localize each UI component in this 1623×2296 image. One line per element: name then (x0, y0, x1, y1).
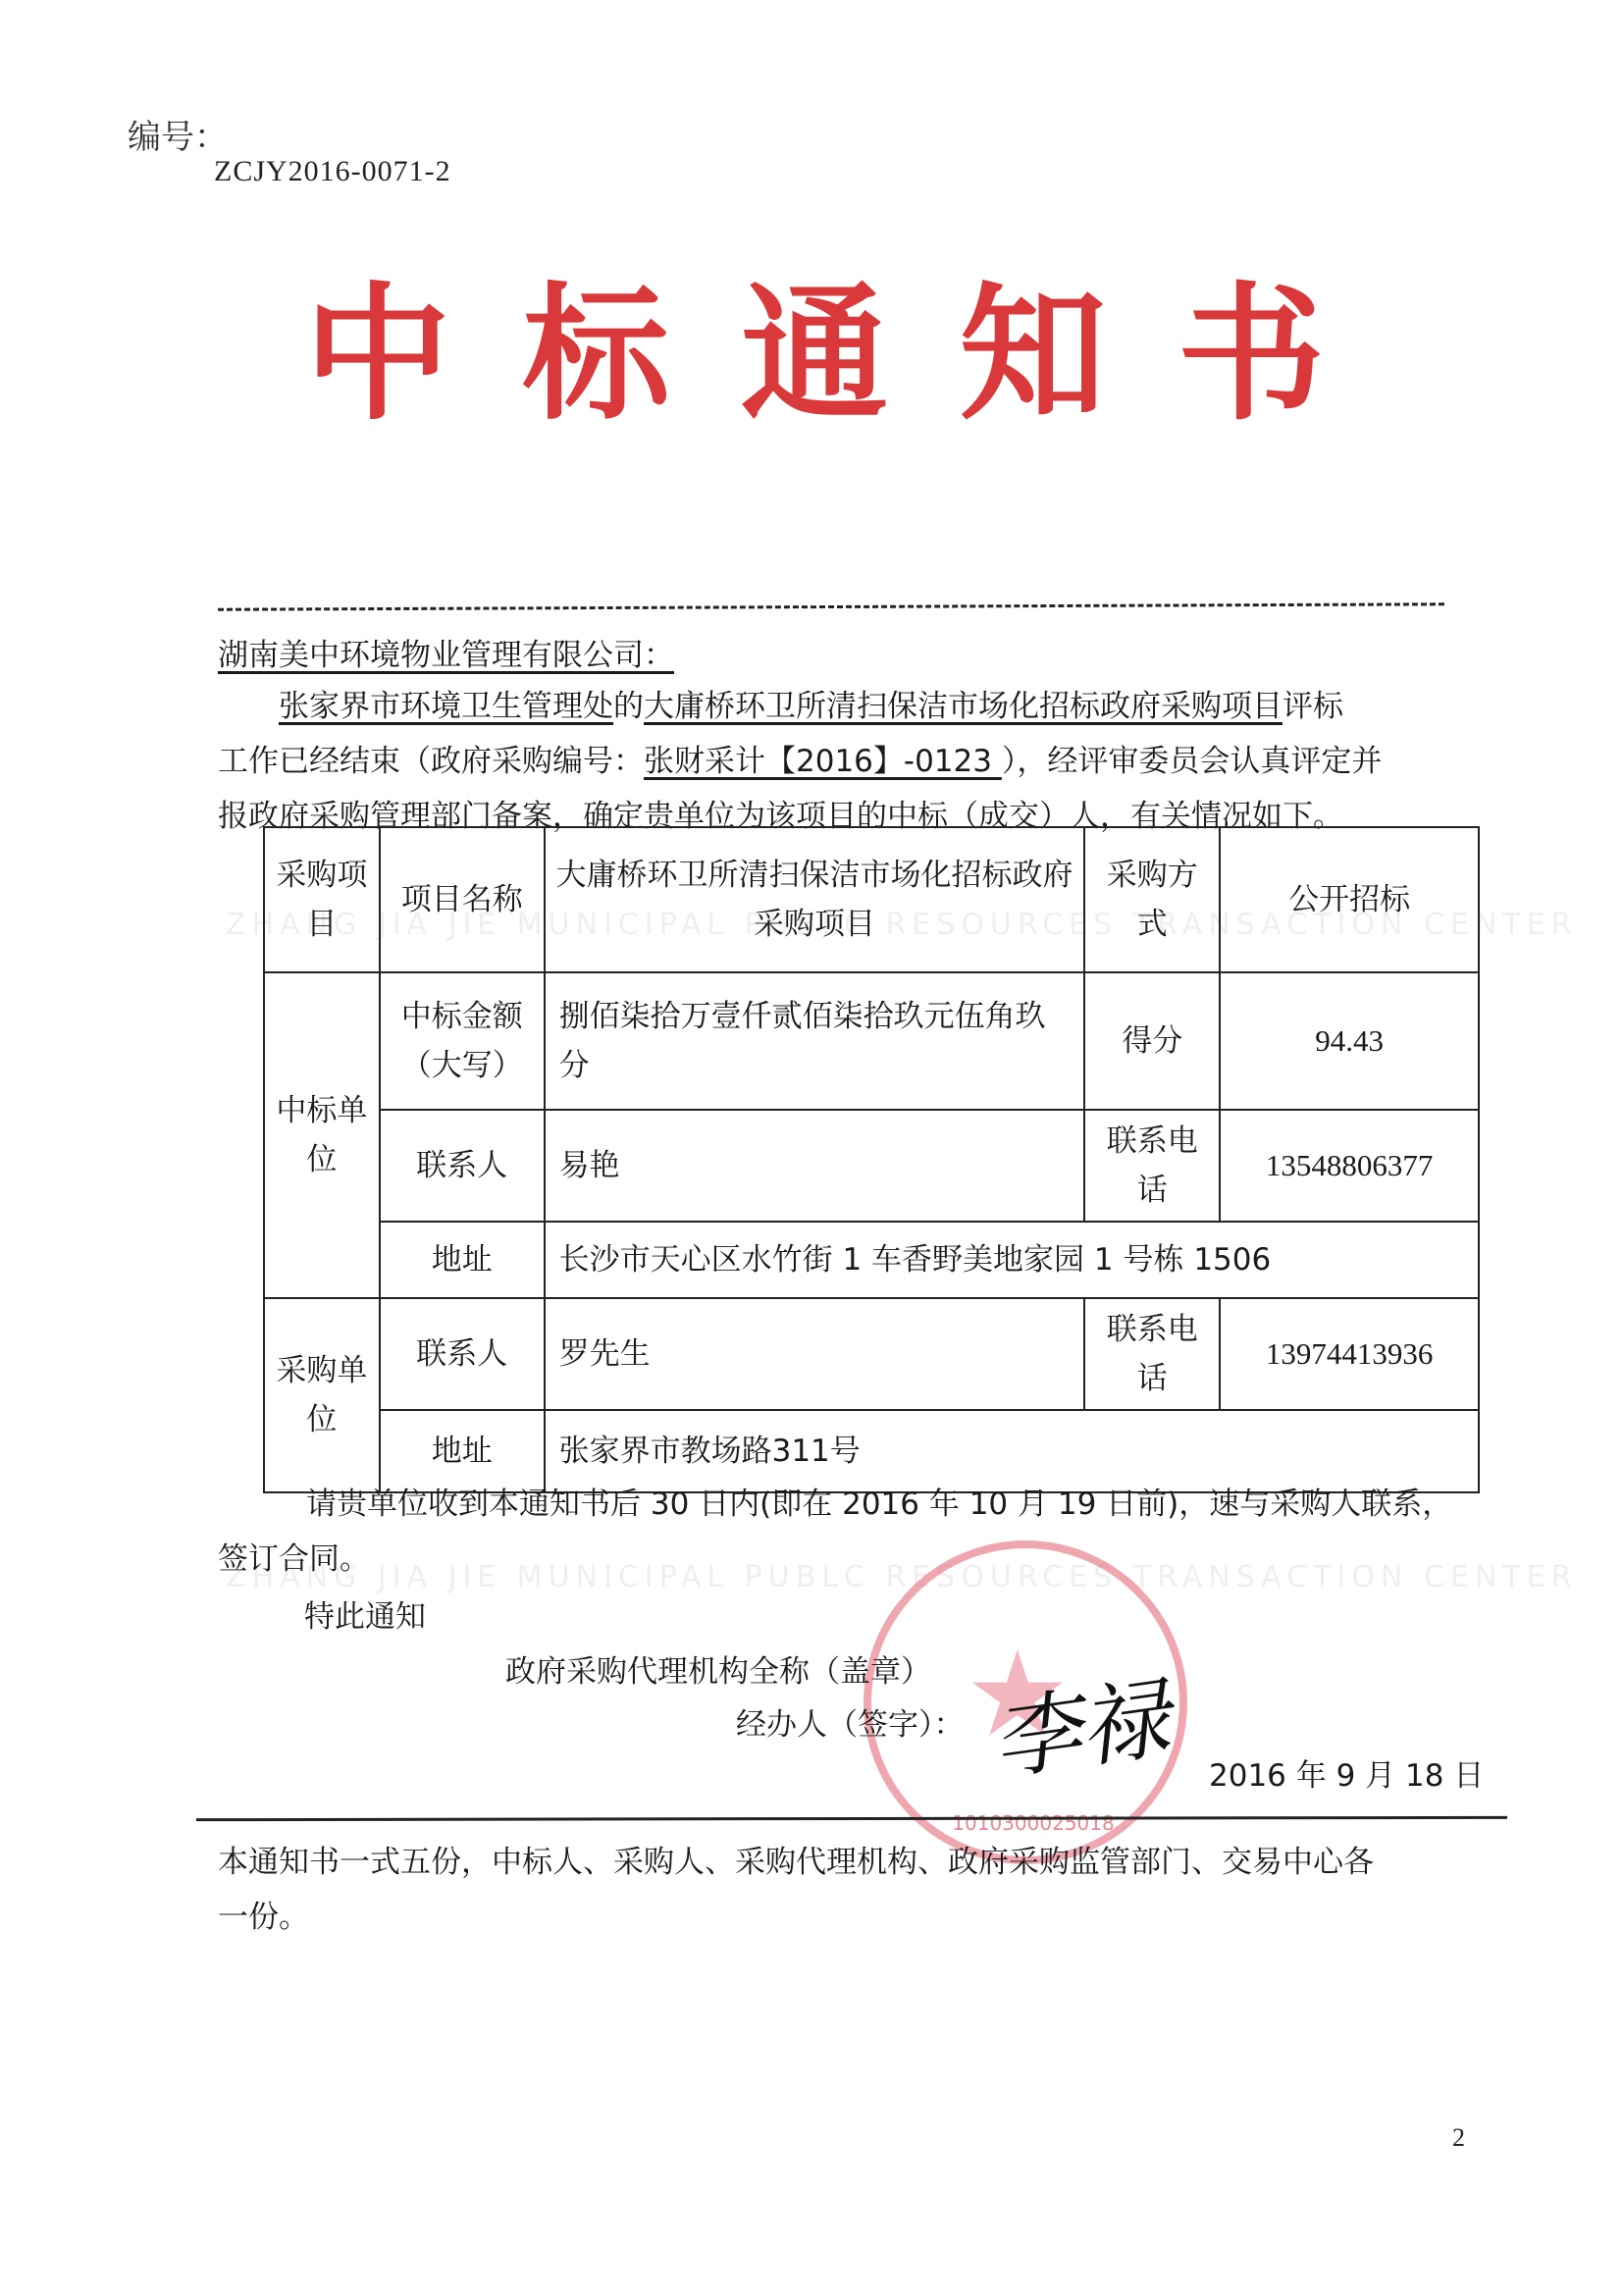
table-row: 中标单位 中标金额（大写） 捌佰柒拾万壹仟贰佰柒拾玖元伍角玖分 得分 94.43 (264, 972, 1479, 1110)
purchaser-phone-value: 13974413936 (1220, 1298, 1479, 1410)
table-row: 采购单位 联系人 罗先生 联系电话 13974413936 (264, 1298, 1479, 1410)
table-row: 采购项目 项目名称 大庸桥环卫所清扫保洁市场化招标政府采购项目 采购方式 公开招… (264, 827, 1479, 972)
title-char: 知 (950, 235, 1117, 447)
purchaser-name: 张家界市环境卫生管理处 (279, 689, 613, 724)
document-number-label: 编号： (128, 110, 228, 158)
page-title: 中 标 通 知 书 (294, 235, 1335, 447)
connector-text: 的 (613, 689, 644, 724)
award-info-table: 采购项目 项目名称 大庸桥环卫所清扫保洁市场化招标政府采购项目 采购方式 公开招… (263, 826, 1480, 1493)
footer-divider (196, 1816, 1507, 1821)
line2-suffix: ），经评审委员会认真评定并 (1002, 744, 1383, 779)
notice-text: 特此通知 (304, 1590, 426, 1644)
copies-note-line-2: 一份。 (218, 1890, 1493, 1945)
closing-line-1: 请贵单位收到本通知书后 30 日内(即在 2016 年 10 月 19 日前)，… (218, 1477, 1493, 1532)
project-group-label: 采购项目 (264, 827, 380, 972)
title-char: 书 (1168, 235, 1335, 447)
closing-paragraph: 请贵单位收到本通知书后 30 日内(即在 2016 年 10 月 19 日前)，… (218, 1477, 1493, 1587)
addressee: 湖南美中环境物业管理有限公司： (218, 628, 674, 683)
winner-contact-value: 易艳 (545, 1110, 1085, 1222)
after-project-text: 评标 (1283, 689, 1343, 724)
copies-note: 本通知书一式五份，中标人、采购人、采购代理机构、政府采购监管部门、交易中心各 一… (218, 1835, 1493, 1945)
project-name: 大庸桥环卫所清扫保洁市场化招标政府采购项目 (644, 689, 1283, 724)
score-value: 94.43 (1220, 972, 1479, 1110)
copies-note-line-1: 本通知书一式五份，中标人、采购人、采购代理机构、政府采购监管部门、交易中心各 (218, 1835, 1493, 1890)
method-label: 采购方式 (1084, 827, 1220, 972)
table-row: 联系人 易艳 联系电话 13548806377 (264, 1110, 1479, 1222)
purchaser-group-label: 采购单位 (264, 1298, 380, 1492)
issue-date: 2016 年 9 月 18 日 (1209, 1748, 1484, 1803)
line2-prefix: 工作已经结束（政府采购编号： (218, 744, 644, 779)
document-number: ZCJY2016-0071-2 (214, 155, 451, 188)
table-row: 地址 长沙市天心区水竹街 1 车香野美地家园 1 号栋 1506 (264, 1222, 1479, 1298)
closing-line-2: 签订合同。 (218, 1532, 1493, 1587)
title-char: 通 (731, 235, 898, 447)
title-char: 中 (294, 235, 461, 447)
purchaser-contact-label: 联系人 (380, 1298, 545, 1410)
seal-number: 1010300025018 (911, 1811, 1156, 1835)
amount-label: 中标金额（大写） (380, 972, 545, 1110)
method-value: 公开招标 (1220, 827, 1479, 972)
agency-label: 政府采购代理机构全称（盖章） (505, 1644, 931, 1699)
purchaser-phone-label: 联系电话 (1084, 1298, 1220, 1410)
winner-phone-value: 13548806377 (1220, 1110, 1479, 1222)
amount-value: 捌佰柒拾万壹仟贰佰柒拾玖元伍角玖分 (545, 972, 1085, 1110)
intro-paragraph: 张家界市环境卫生管理处的大庸桥环卫所清扫保洁市场化招标政府采购项目评标 工作已经… (218, 679, 1474, 844)
handler-label: 经办人（签字）： (736, 1697, 965, 1752)
project-name-label: 项目名称 (380, 827, 545, 972)
winner-phone-label: 联系电话 (1084, 1110, 1220, 1222)
winner-group-label: 中标单位 (264, 972, 380, 1298)
purchaser-contact-value: 罗先生 (545, 1298, 1085, 1410)
winner-address-label: 地址 (380, 1222, 545, 1298)
score-label: 得分 (1084, 972, 1220, 1110)
winner-contact-label: 联系人 (380, 1110, 545, 1222)
title-char: 标 (513, 235, 680, 447)
dashed-divider (218, 602, 1444, 610)
procurement-number: 张财采计【2016】-0123 (644, 744, 1002, 779)
project-name-value: 大庸桥环卫所清扫保洁市场化招标政府采购项目 (545, 827, 1085, 972)
page-number: 2 (1452, 2123, 1465, 2153)
winner-address-value: 长沙市天心区水竹街 1 车香野美地家园 1 号栋 1506 (545, 1222, 1479, 1298)
handwritten-signature: 李禄 (983, 1646, 1176, 1798)
